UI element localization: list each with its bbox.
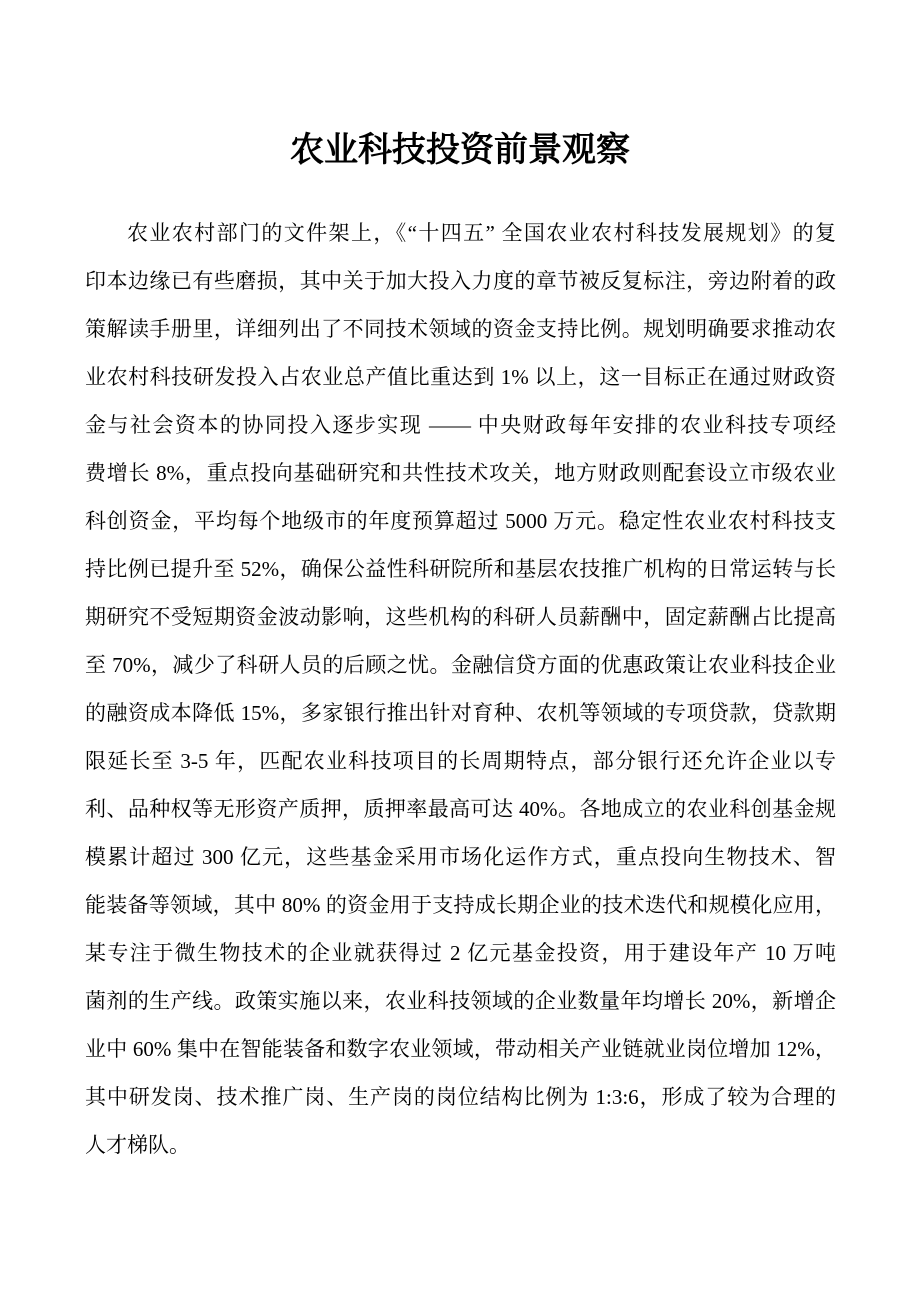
document-title: 农业科技投资前景观察 [0,126,920,174]
paragraph-line: 业农村科技研发投入占农业总产值比重达到 1% 以上，这一目标正在通过财政资 [85,353,836,401]
paragraph-line: 策解读手册里，详细列出了不同技术领域的资金支持比例。规划明确要求推动农 [85,305,836,353]
paragraph-line: 限延长至 3-5 年，匹配农业科技项目的长周期特点，部分银行还允许企业以专 [85,737,836,785]
body-paragraph: 农业农村部门的文件架上，《“十四五” 全国农业农村科技发展规划》的复印本边缘已有… [85,209,836,1169]
paragraph-line: 期研究不受短期资金波动影响，这些机构的科研人员薪酬中，固定薪酬占比提高 [85,593,836,641]
paragraph-line: 业中 60% 集中在智能装备和数字农业领域，带动相关产业链就业岗位增加 12%， [85,1025,836,1073]
paragraph-line: 至 70%，减少了科研人员的后顾之忧。金融信贷方面的优惠政策让农业科技企业 [85,641,836,689]
paragraph-line: 的融资成本降低 15%，多家银行推出针对育种、农机等领域的专项贷款，贷款期 [85,689,836,737]
paragraph-line: 持比例已提升至 52%，确保公益性科研院所和基层农技推广机构的日常运转与长 [85,545,836,593]
paragraph-line: 费增长 8%，重点投向基础研究和共性技术攻关，地方财政则配套设立市级农业 [85,449,836,497]
paragraph-line: 金与社会资本的协同投入逐步实现 —— 中央财政每年安排的农业科技专项经 [85,401,836,449]
paragraph-line: 其中研发岗、技术推广岗、生产岗的岗位结构比例为 1:3:6，形成了较为合理的 [85,1073,836,1121]
document-page: 农业科技投资前景观察 农业农村部门的文件架上，《“十四五” 全国农业农村科技发展… [0,0,920,1302]
paragraph-line: 能装备等领域，其中 80% 的资金用于支持成长期企业的技术迭代和规模化应用， [85,881,836,929]
paragraph-line: 菌剂的生产线。政策实施以来，农业科技领域的企业数量年均增长 20%，新增企 [85,977,836,1025]
paragraph-line: 某专注于微生物技术的企业就获得过 2 亿元基金投资，用于建设年产 10 万吨 [85,929,836,977]
paragraph-line: 印本边缘已有些磨损，其中关于加大投入力度的章节被反复标注，旁边附着的政 [85,257,836,305]
paragraph-line: 模累计超过 300 亿元，这些基金采用市场化运作方式，重点投向生物技术、智 [85,833,836,881]
paragraph-line: 农业农村部门的文件架上，《“十四五” 全国农业农村科技发展规划》的复 [85,209,836,257]
paragraph-line: 科创资金，平均每个地级市的年度预算超过 5000 万元。稳定性农业农村科技支 [85,497,836,545]
paragraph-line: 人才梯队。 [85,1121,836,1169]
paragraph-line: 利、品种权等无形资产质押，质押率最高可达 40%。各地成立的农业科创基金规 [85,785,836,833]
